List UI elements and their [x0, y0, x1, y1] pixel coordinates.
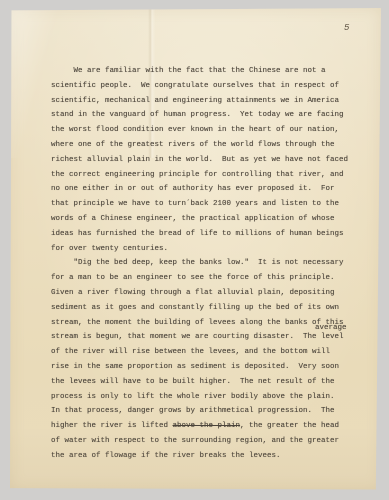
- text-line: "Dig the bed deep, keep the banks low." …: [51, 256, 356, 271]
- page-number: 5: [344, 23, 349, 33]
- typescript-text: We are familiar with the fact that the C…: [51, 64, 356, 464]
- text-line: rise in the same proportion as sediment …: [51, 360, 356, 375]
- text-line: that principle we have to turn´back 2100…: [51, 197, 356, 212]
- text-line: process is only to lift the whole river …: [51, 390, 356, 405]
- text-line: words of a Chinese engineer, the practic…: [51, 212, 356, 227]
- text-line: the area of flowage if the river breaks …: [51, 449, 356, 464]
- typescript-page: 5 We are familiar with the fact that the…: [10, 8, 381, 490]
- text-line: ideas has furnished the bread of life to…: [51, 227, 356, 242]
- text-line: richest alluvial plain in the world. But…: [51, 153, 356, 168]
- text-line: higher the river is lifted above the pla…: [51, 419, 356, 434]
- text-line: sediment as it goes and constantly filli…: [51, 301, 356, 316]
- text-line: of water with respect to the surrounding…: [51, 434, 356, 449]
- text-line: stream, the moment the building of levee…: [51, 316, 356, 331]
- text-line: We are familiar with the fact that the C…: [51, 64, 356, 79]
- text-line: stream is begun, that moment we are cour…: [51, 330, 356, 345]
- page-background: { "page": { "page_number": "5", "backgro…: [0, 0, 389, 500]
- text-line: no one either in or out of authority has…: [51, 182, 356, 197]
- text-line: for over twenty centuries.: [51, 242, 356, 257]
- text-line: the levees will have to be built higher.…: [51, 375, 356, 390]
- text-line: of the river will rise between the levee…: [51, 345, 356, 360]
- text-line: where one of the greatest rivers of the …: [51, 138, 356, 153]
- text-line: scientific, mechanical and engineering a…: [51, 94, 356, 109]
- text-line: scientific people. We congratulate ourse…: [51, 79, 356, 94]
- text-line: the worst flood condition ever known in …: [51, 123, 356, 138]
- text-line: for a man to be an engineer to see the f…: [51, 271, 356, 286]
- corrected-word: averagelevel: [321, 330, 344, 345]
- inserted-word-above-line: average: [315, 321, 347, 336]
- text-line: stand in the vanguard of human progress.…: [51, 108, 356, 123]
- text-line: the correct engineering principle for co…: [51, 168, 356, 183]
- text-line: In that process, danger grows by arithme…: [51, 404, 356, 419]
- text-line: Given a river flowing through a flat all…: [51, 286, 356, 301]
- struck-out-text: above the plain: [173, 422, 241, 430]
